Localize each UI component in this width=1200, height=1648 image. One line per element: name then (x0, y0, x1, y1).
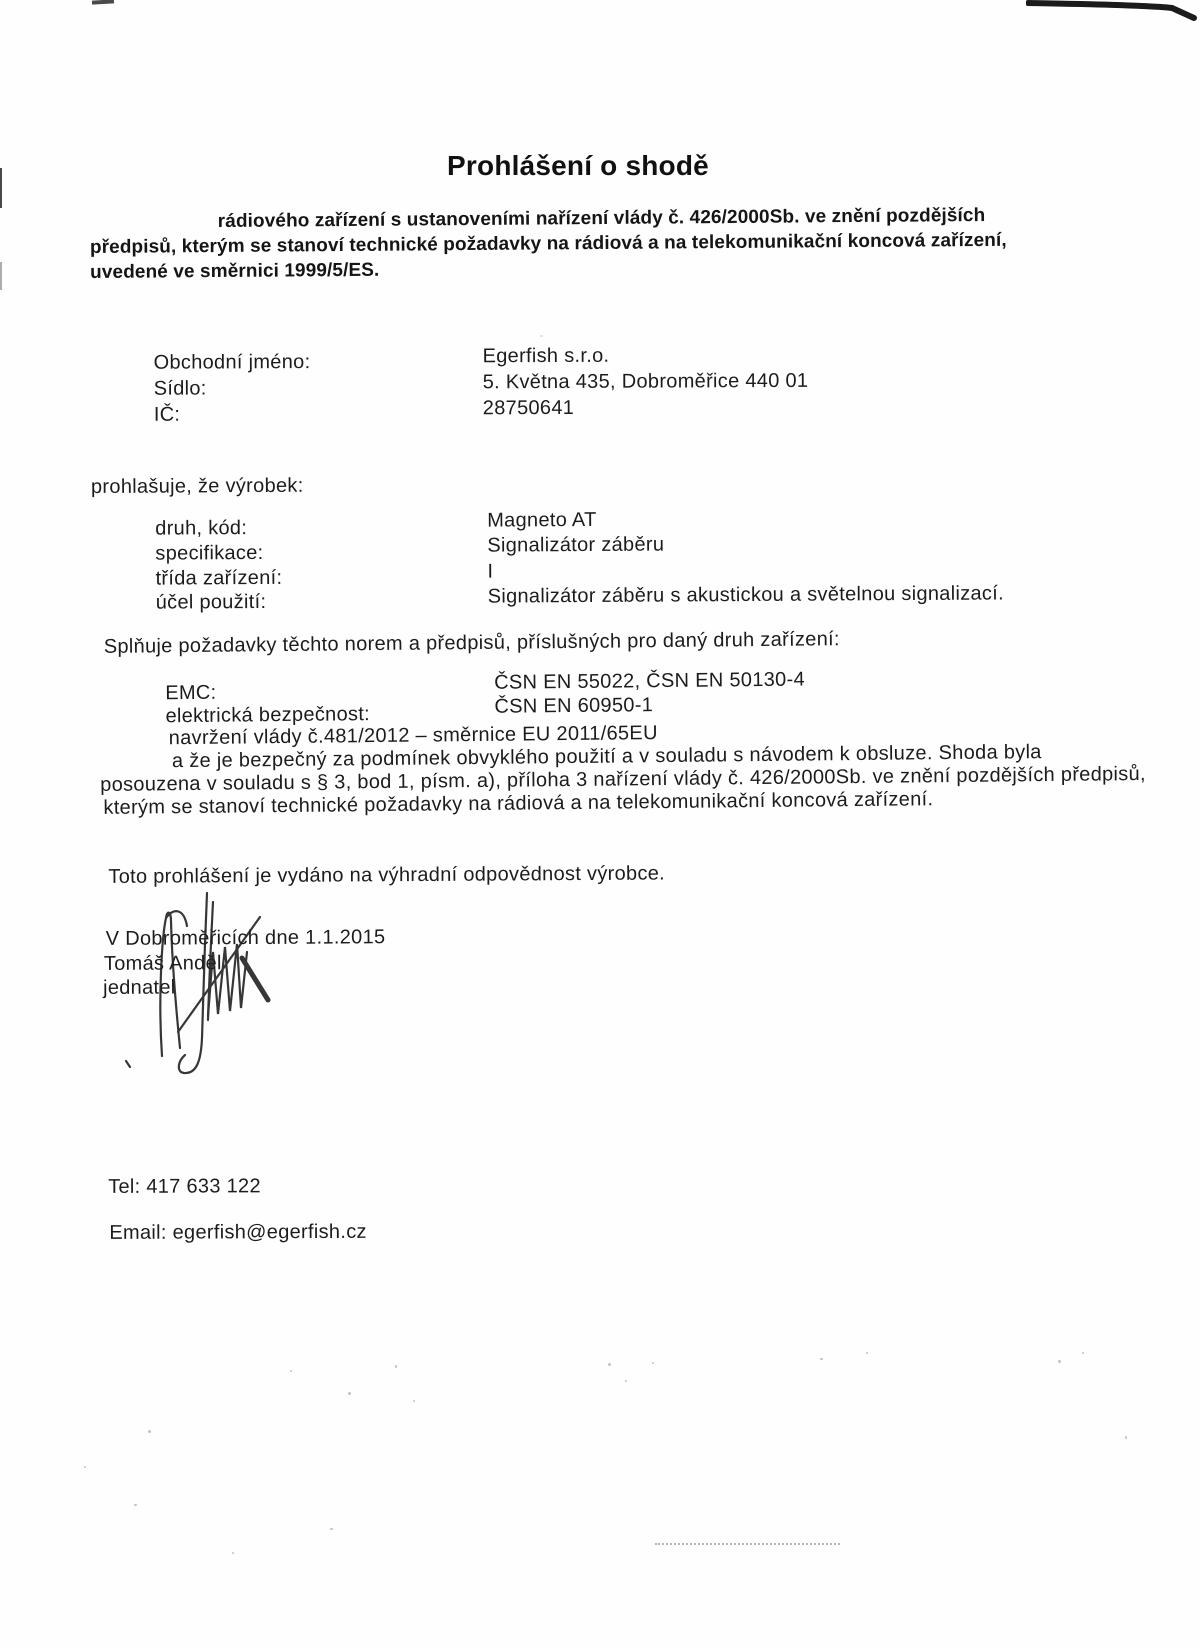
field-value: 28750641 (483, 397, 574, 420)
responsibility-section: Toto prohlášení je vydáno na výhradní od… (0, 0, 1200, 1)
scan-speckle (395, 1365, 397, 1368)
field-value: I (487, 561, 493, 584)
field-label: účel použití: (156, 591, 267, 615)
scan-speckle (820, 1358, 823, 1360)
scan-artifact-top-right-edge (1026, 0, 1200, 24)
field-value: 5. Května 435, Dobroměřice 440 01 (483, 370, 809, 394)
scan-speckle (290, 1370, 292, 1372)
intro-paragraph: rádiového zařízení s ustanoveními naříze… (0, 0, 1200, 1)
field-label: Obchodní jméno: (154, 351, 311, 375)
field-label: EMC: (165, 682, 216, 706)
field-value: ČSN EN 60950-1 (494, 694, 653, 719)
scan-artifact-dotted-line (655, 1543, 840, 1545)
intro-line: rádiového zařízení s ustanoveními naříze… (218, 205, 986, 233)
contact-email: Email: egerfish@egerfish.cz (109, 1221, 366, 1245)
handwritten-signature (112, 878, 312, 1093)
field-label: IČ: (154, 404, 181, 427)
scan-speckle (652, 1362, 654, 1364)
field-value: Egerfish s.r.o. (483, 345, 610, 369)
field-label: druh, kód: (155, 517, 247, 541)
scan-speckle (1125, 1436, 1127, 1439)
scan-speckle (84, 1466, 86, 1468)
field-label: třída zařízení: (155, 567, 282, 591)
scanned-document-page: Prohlášení o shodě rádiového zařízení s … (0, 0, 1200, 1648)
scan-artifact-top-dash (92, 0, 114, 5)
scan-speckle (608, 1363, 611, 1366)
field-value: Magneto AT (487, 509, 596, 533)
scan-speckle (625, 1380, 627, 1382)
field-value: ČSN EN 55022, ČSN EN 50130-4 (494, 669, 805, 695)
field-value: Signalizátor záběru (487, 534, 664, 558)
field-label: specifikace: (155, 542, 263, 566)
scan-speckle (1082, 1352, 1084, 1354)
scan-speckle (413, 1400, 415, 1402)
field-label: Sídlo: (154, 377, 207, 400)
scan-speckle (148, 1430, 151, 1433)
scan-speckle (348, 1392, 351, 1395)
compliance-section: Splňuje požadavky těchto norem a předpis… (0, 0, 1200, 1)
scan-speckle (134, 1504, 137, 1506)
scan-speckle (330, 1528, 333, 1530)
field-value: Signalizátor záběru s akustickou a světe… (488, 582, 1004, 608)
document-title: Prohlášení o shodě (0, 150, 1156, 182)
signature-section: V Dobroměřicích dne 1.1.2015 Tomáš Anděl… (0, 0, 1200, 1)
scan-speckle (540, 335, 543, 337)
scan-artifact-left-mark (0, 262, 2, 290)
contact-tel: Tel: 417 633 122 (108, 1175, 261, 1199)
product-lead: prohlašuje, že výrobek: (91, 475, 304, 499)
scan-speckle (1058, 1360, 1061, 1363)
scan-speckle (232, 1552, 234, 1554)
intro-line: předpisů, kterým se stanoví technické po… (90, 230, 1007, 259)
compliance-lead: Splňuje požadavky těchto norem a předpis… (104, 628, 840, 659)
intro-line: uvedené ve směrnici 1999/5/ES. (90, 260, 379, 284)
scan-speckle (866, 1352, 868, 1354)
product-section: prohlašuje, že výrobek: druh, kód: Magne… (0, 0, 1200, 1)
